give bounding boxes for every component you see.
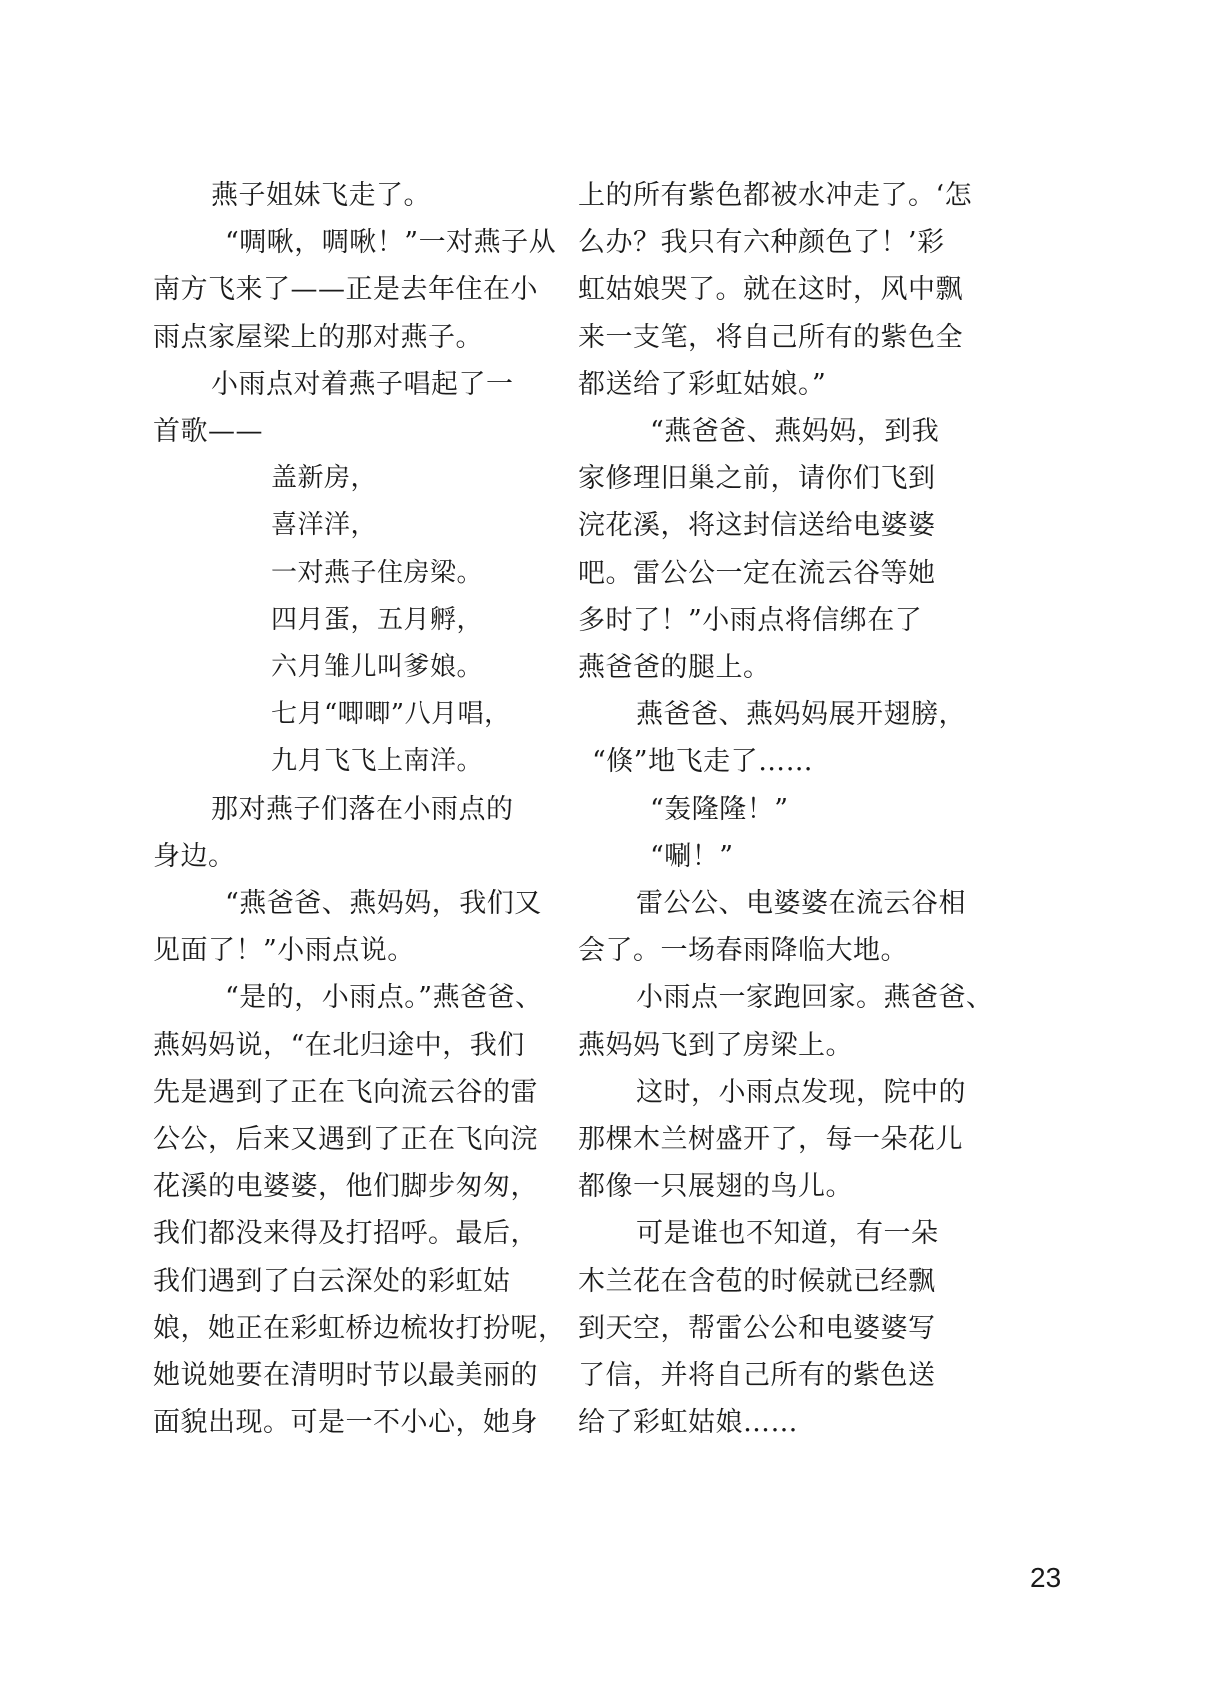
text-line: 浣花溪，将这封信送给电婆婆 bbox=[578, 502, 936, 549]
text-line: 面貌出现。可是一不小心，她身 bbox=[153, 1399, 538, 1446]
text-line: 燕子姐妹飞走了。 bbox=[153, 172, 431, 219]
text-line: 娘，她正在彩虹桥边梳妆打扮呢， bbox=[153, 1305, 566, 1352]
text-line: 木兰花在含苞的时候就已经飘 bbox=[578, 1258, 936, 1305]
text-line: 我们遇到了白云深处的彩虹姑 bbox=[153, 1258, 511, 1305]
text-line: 南方飞来了——正是去年住在小 bbox=[153, 266, 538, 313]
text-line: 她说她要在清明时节以最美丽的 bbox=[153, 1352, 538, 1399]
text-line: “燕爸爸、燕妈妈，到我 bbox=[578, 408, 939, 455]
text-line: 小雨点对着燕子唱起了一 bbox=[153, 361, 514, 408]
text-line: 首歌—— bbox=[153, 408, 263, 455]
text-line: 燕妈妈说，“在北归途中，我们 bbox=[153, 1022, 525, 1069]
text-line: 燕爸爸的腿上。 bbox=[578, 644, 771, 691]
text-line: 虹姑娘哭了。就在这时，风中飘 bbox=[578, 266, 963, 313]
text-line: 见面了！”小雨点说。 bbox=[153, 927, 415, 974]
text-line: 这时，小雨点发现，院中的 bbox=[578, 1069, 966, 1116]
text-line: 都像一只展翅的鸟儿。 bbox=[578, 1163, 853, 1210]
text-line: 吧。雷公公一定在流云谷等她 bbox=[578, 550, 936, 597]
text-line: 给了彩虹姑娘…… bbox=[578, 1399, 798, 1446]
text-line: 上的所有紫色都被水冲走了。‘怎 bbox=[578, 172, 972, 219]
text-line: 来一支笔，将自己所有的紫色全 bbox=[578, 314, 963, 361]
text-line: 雨点家屋梁上的那对燕子。 bbox=[153, 314, 483, 361]
text-line: 家修理旧巢之前，请你们飞到 bbox=[578, 455, 936, 502]
poem-line: 喜洋洋， bbox=[153, 502, 377, 549]
text-line: 花溪的电婆婆，他们脚步匆匆， bbox=[153, 1163, 538, 1210]
text-line: “燕爸爸、燕妈妈，我们又 bbox=[153, 880, 542, 927]
text-line: 么办？我只有六种颜色了！’彩 bbox=[578, 219, 945, 266]
text-line: 身边。 bbox=[153, 833, 236, 880]
text-line: 小雨点一家跑回家。燕爸爸、 bbox=[578, 974, 994, 1021]
poem-line: 盖新房， bbox=[153, 455, 377, 502]
text-line: 燕爸爸、燕妈妈展开翅膀， bbox=[578, 691, 966, 738]
text-line: 了信，并将自己所有的紫色送 bbox=[578, 1352, 936, 1399]
book-page: 燕子姐妹飞走了。“啁啾，啁啾！”一对燕子从南方飞来了——正是去年住在小雨点家屋梁… bbox=[0, 0, 1213, 1701]
text-line: 雷公公、电婆婆在流云谷相 bbox=[578, 880, 966, 927]
text-line: 多时了！”小雨点将信绑在了 bbox=[578, 597, 922, 644]
text-line: “倏”地飞走了…… bbox=[578, 738, 813, 785]
text-line: 到天空，帮雷公公和电婆婆写 bbox=[578, 1305, 936, 1352]
text-line: “唰！” bbox=[578, 833, 734, 880]
text-line: “是的，小雨点。”燕爸爸、 bbox=[153, 974, 543, 1021]
text-line: 先是遇到了正在飞向流云谷的雷 bbox=[153, 1069, 538, 1116]
poem-line: 一对燕子住房梁。 bbox=[153, 550, 483, 597]
poem-line: 七月“唧唧”八月唱， bbox=[153, 691, 511, 738]
text-line: 可是谁也不知道，有一朵 bbox=[578, 1210, 939, 1257]
page-number: 23 bbox=[1030, 1562, 1061, 1594]
text-line: 都送给了彩虹姑娘。” bbox=[578, 361, 826, 408]
text-line: 燕妈妈飞到了房梁上。 bbox=[578, 1022, 853, 1069]
poem-line: 六月雏儿叫爹娘。 bbox=[153, 644, 483, 691]
poem-line: 四月蛋，五月孵， bbox=[153, 597, 483, 644]
text-line: 那对燕子们落在小雨点的 bbox=[153, 786, 514, 833]
text-line: 那棵木兰树盛开了，每一朵花儿 bbox=[578, 1116, 963, 1163]
text-line: “轰隆隆！” bbox=[578, 786, 789, 833]
poem-line: 九月飞飞上南洋。 bbox=[153, 738, 483, 785]
text-line: 公公，后来又遇到了正在飞向浣 bbox=[153, 1116, 538, 1163]
text-line: “啁啾，啁啾！”一对燕子从 bbox=[153, 219, 556, 266]
text-line: 会了。一场春雨降临大地。 bbox=[578, 927, 908, 974]
text-line: 我们都没来得及打招呼。最后， bbox=[153, 1210, 538, 1257]
